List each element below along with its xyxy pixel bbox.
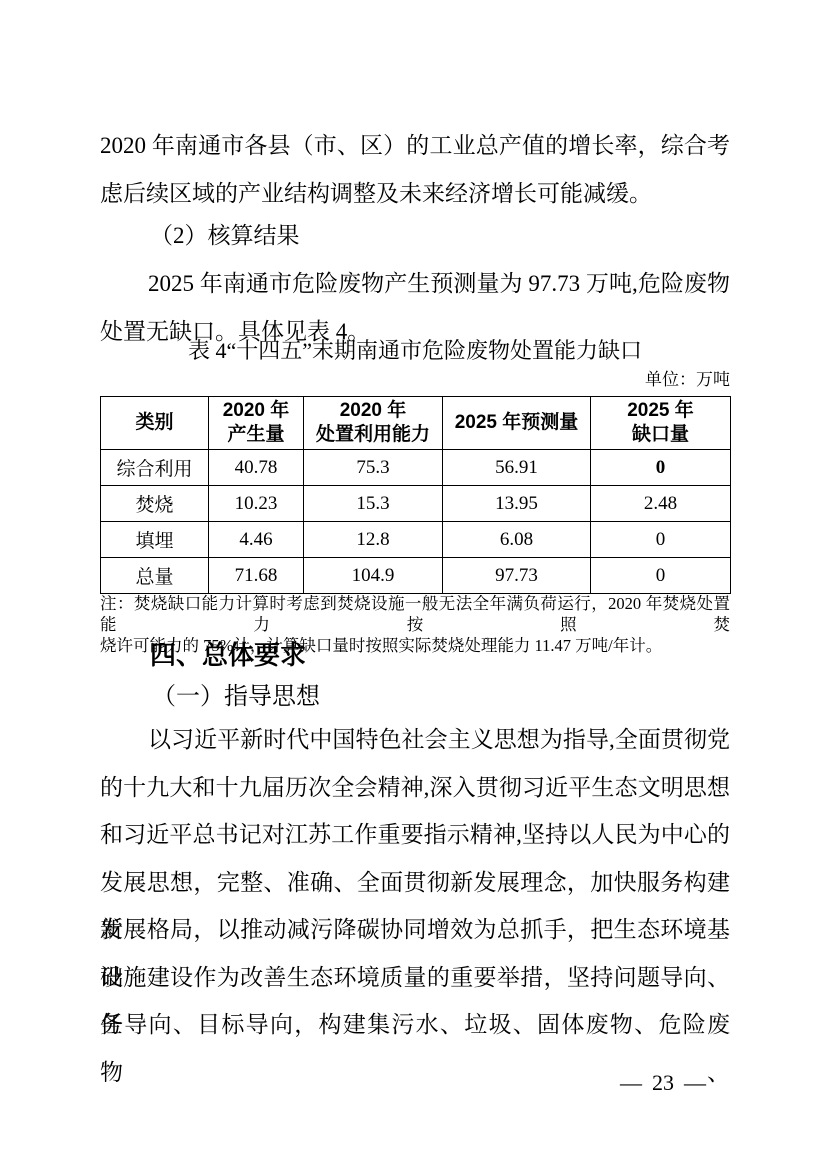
paragraph-line: 和习近平总书记对江苏工作重要指示精神,坚持以人民为中心的 xyxy=(100,811,730,859)
paragraph-line: 以习近平新时代中国特色社会主义思想为指导,全面贯彻党 xyxy=(100,716,730,764)
paragraph-line: 2025 年南通市危险废物产生预测量为 97.73 万吨,危险废物 xyxy=(100,260,730,308)
cell-category: 填埋 xyxy=(101,522,209,558)
page-number-dash: — xyxy=(684,1070,706,1095)
header-text: 2020 年 xyxy=(209,399,303,423)
cell-value: 0 xyxy=(591,450,731,486)
document-page: 2020 年南通市各县（市、区）的工业总产值的增长率，综合考 虑后续区域的产业结… xyxy=(0,0,826,1169)
footnote-line: 注：焚烧缺口能力计算时考虑到焚烧设施一般无法全年满负荷运行，2020 年焚烧处置… xyxy=(100,593,730,635)
paragraph-line: 的十九大和十九届历次全会精神,深入贯彻习近平生态文明思想 xyxy=(100,764,730,812)
cell-value: 10.23 xyxy=(209,486,304,522)
header-2025-forecast: 2025 年预测量 xyxy=(443,397,591,450)
cell-value: 56.91 xyxy=(443,450,591,486)
cell-value: 4.46 xyxy=(209,522,304,558)
header-2020-generated: 2020 年 产生量 xyxy=(209,397,304,450)
page-number-value: 23 xyxy=(652,1070,674,1095)
header-category: 类别 xyxy=(101,397,209,450)
header-text: 处置利用能力 xyxy=(304,423,442,447)
cell-value: 75.3 xyxy=(304,450,443,486)
cell-value: 104.9 xyxy=(304,558,443,594)
paragraph-line: 2020 年南通市各县（市、区）的工业总产值的增长率，综合考 xyxy=(100,122,730,170)
table-header-row: 类别 2020 年 产生量 2020 年 处置利用能力 2025 年预测量 20… xyxy=(101,397,731,450)
cell-category: 总量 xyxy=(101,558,209,594)
page-number-dash: — xyxy=(620,1070,642,1095)
heading-calculation-result: （2）核算结果 xyxy=(100,212,730,260)
header-2020-disposal-capacity: 2020 年 处置利用能力 xyxy=(304,397,443,450)
paragraph-line: 务导向、目标导向，构建集污水、垃圾、固体废物、危险废物、 xyxy=(100,1001,730,1049)
cell-category: 综合利用 xyxy=(101,450,209,486)
paragraph-line: 设施建设作为改善生态环境质量的重要举措，坚持问题导向、任 xyxy=(100,954,730,1002)
cell-value: 97.73 xyxy=(443,558,591,594)
cell-value: 15.3 xyxy=(304,486,443,522)
paragraph-guiding-ideology: 以习近平新时代中国特色社会主义思想为指导,全面贯彻党 的十九大和十九届历次全会精… xyxy=(100,716,730,1049)
cell-value: 2.48 xyxy=(591,486,731,522)
table-row: 总量 71.68 104.9 97.73 0 xyxy=(101,558,731,594)
header-text: 类别 xyxy=(135,412,173,433)
cell-value: 0 xyxy=(591,522,731,558)
page-number: —23— xyxy=(610,1068,716,1098)
header-2025-gap: 2025 年 缺口量 xyxy=(591,397,731,450)
cell-value: 40.78 xyxy=(209,450,304,486)
paragraph-line: 虑后续区域的产业结构调整及未来经济增长可能减缓。 xyxy=(100,170,730,218)
table-row: 焚烧 10.23 15.3 13.95 2.48 xyxy=(101,486,731,522)
cell-value: 6.08 xyxy=(443,522,591,558)
cell-value: 13.95 xyxy=(443,486,591,522)
section-heading: 四、总体要求 xyxy=(100,640,730,670)
paragraph-line: 发展思想，完整、准确、全面贯彻新发展理念，加快服务构建新 xyxy=(100,859,730,907)
header-text: 产生量 xyxy=(209,423,303,447)
table-unit-label: 单位：万吨 xyxy=(100,370,730,390)
cell-category: 焚烧 xyxy=(101,486,209,522)
header-text: 2025 年 xyxy=(591,399,730,423)
paragraph-continuation: 2020 年南通市各县（市、区）的工业总产值的增长率，综合考 虑后续区域的产业结… xyxy=(100,122,730,218)
header-text: 2025 年预测量 xyxy=(455,412,579,433)
table-row: 填埋 4.46 12.8 6.08 0 xyxy=(101,522,731,558)
header-text: 2020 年 xyxy=(304,399,442,423)
cell-value: 71.68 xyxy=(209,558,304,594)
cell-value: 0 xyxy=(591,558,731,594)
header-text: 缺口量 xyxy=(591,423,730,447)
capacity-gap-table: 类别 2020 年 产生量 2020 年 处置利用能力 2025 年预测量 20… xyxy=(100,396,731,594)
table-row: 综合利用 40.78 75.3 56.91 0 xyxy=(101,450,731,486)
subsection-heading: （一）指导思想 xyxy=(100,682,730,712)
cell-value: 12.8 xyxy=(304,522,443,558)
table-title: 表 4“十四五”末期南通市危险废物处置能力缺口 xyxy=(100,336,730,366)
paragraph-line: 发展格局，以推动减污降碳协同增效为总抓手，把生态环境基础 xyxy=(100,906,730,954)
table-container: 类别 2020 年 产生量 2020 年 处置利用能力 2025 年预测量 20… xyxy=(100,396,730,594)
